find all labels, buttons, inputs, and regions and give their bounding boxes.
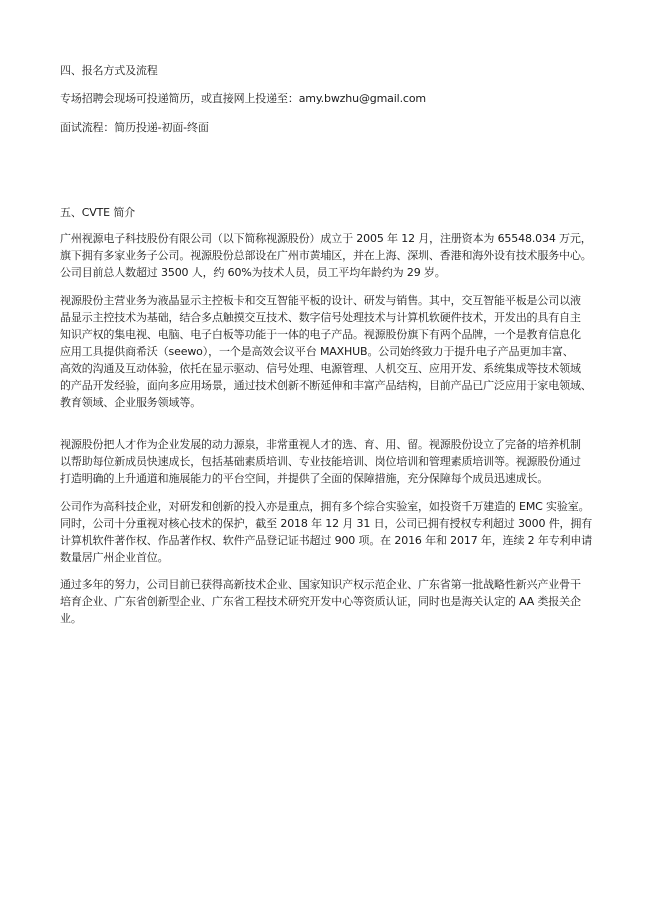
paragraph-line: 以帮助每位新成员快速成长，包括基础素质培训、专业技能培训、岗位培训和管理素质培训… bbox=[60, 455, 581, 469]
paragraph-line: 旗下拥有多家业务子公司。视源股份总部设在广州市黄埔区，并在上海、深圳、香港和海外… bbox=[60, 249, 592, 263]
section-4-heading: 四、报名方式及流程 bbox=[60, 64, 158, 78]
paragraph-line: 高效的沟通及互动体验，依托在显示驱动、信号处理、电源管理、人机交互、应用开发、系… bbox=[60, 362, 581, 376]
paragraph-line: 数量居广州企业首位。 bbox=[60, 551, 169, 565]
paragraph-line: 通过多年的努力，公司目前已获得高新技术企业、国家知识产权示范企业、广东省第一批战… bbox=[60, 578, 581, 592]
paragraph-line: 打造明确的上升通道和施展能力的平台空间，并提供了全面的保障措施，充分保障每个成员… bbox=[60, 472, 548, 486]
paragraph-line: 应用工具提供商希沃（seewo），一个是高效会议平台 MAXHUB。公司始终致力… bbox=[60, 345, 574, 359]
paragraph-line: 晶显示主控技术为基础，结合多点触摸交互技术、数字信号处理技术与计算机软硬件技术，… bbox=[60, 311, 581, 325]
paragraph-line: 教育领域、企业服务领域等。 bbox=[60, 396, 201, 410]
paragraph-line: 计算机软件著作权、作品著作权、软件产品登记证书超过 900 项。在 2016 年… bbox=[60, 534, 592, 548]
paragraph-line: 广州视源电子科技股份有限公司（以下简称视源股份）成立于 2005 年 12 月，… bbox=[60, 232, 592, 246]
paragraph-line: 公司目前总人数超过 3500 人，约 60%为技术人员，员工平均年龄约为 29 … bbox=[60, 266, 446, 280]
paragraph-line: 知识产权的集电视、电脑、电子白板等功能于一体的电子产品。视源股份旗下有两个品牌，… bbox=[60, 328, 581, 342]
section-5-heading: 五、CVTE 简介 bbox=[60, 206, 135, 220]
paragraph-line: 业。 bbox=[60, 612, 82, 626]
paragraph-line: 同时，公司十分重视对核心技术的保护，截至 2018 年 12 月 31 日，公司… bbox=[60, 517, 592, 531]
paragraph-line: 的产品开发经验，面向多应用场景，通过技术创新不断延伸和丰富产品结构，目前产品已广… bbox=[60, 379, 592, 393]
application-method-text: 专场招聘会现场可投递简历，或直接网上投递至：amy.bwzhu@gmail.co… bbox=[60, 92, 426, 106]
paragraph-line: 培育企业、广东省创新型企业、广东省工程技术研究开发中心等资质认证，同时也是海关认… bbox=[60, 595, 581, 609]
paragraph-line: 视源股份把人才作为企业发展的动力源泉，非常重视人才的选、育、用、留。视源股份设立… bbox=[60, 438, 581, 452]
interview-process-text: 面试流程：简历投递-初面-终面 bbox=[60, 121, 209, 135]
paragraph-line: 公司作为高科技企业，对研发和创新的投入亦是重点，拥有多个综合实验室，如投资千万建… bbox=[60, 500, 589, 514]
paragraph-line: 视源股份主营业务为液晶显示主控板卡和交互智能平板的设计、研发与销售。其中，交互智… bbox=[60, 294, 581, 308]
